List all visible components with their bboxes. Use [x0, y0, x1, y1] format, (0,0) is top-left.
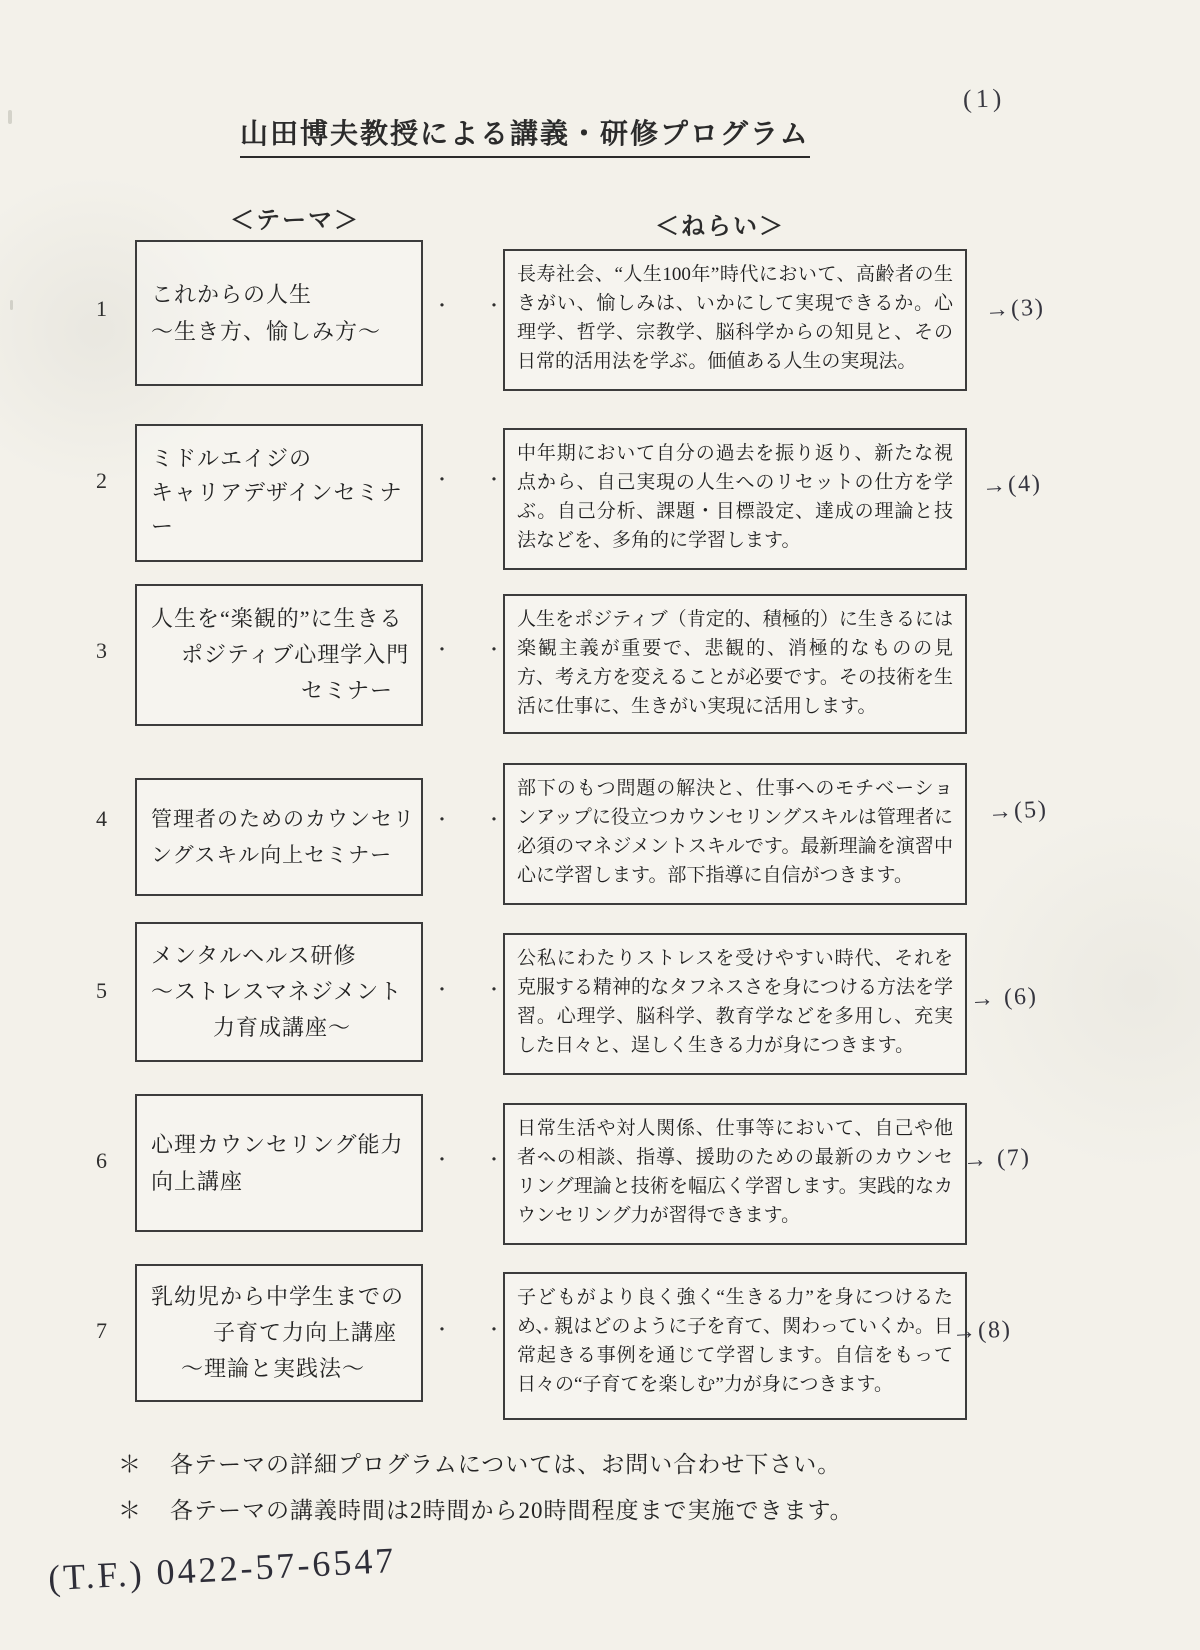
theme-box: これからの人生 ～生き方、愉しみ方～	[135, 240, 423, 386]
aim-box: 中年期において自分の過去を振り返り、新たな視点から、自己実現の人生へのリセットの…	[503, 428, 967, 570]
item-number: 1	[96, 296, 107, 322]
theme-line: ポジティブ心理学入門	[151, 637, 407, 673]
theme-line: 乳幼児から中学生までの	[151, 1279, 407, 1315]
aim-box: 部下のもつ問題の解決と、仕事へのモチベーションアップに役立つカウンセリングスキル…	[503, 763, 967, 905]
item-number: 5	[96, 978, 107, 1004]
footnote: ＊各テーマの講義時間は2時間から20時間程度まで実施できます。	[118, 1492, 854, 1525]
handwritten-annotation: → (6)	[969, 983, 1038, 1014]
handwritten-phone-number: (T.F.) 0422-57-6547	[47, 1539, 397, 1599]
theme-line: メンタルヘルス研修	[151, 938, 407, 974]
theme-line: キャリアデザインセミナ	[151, 476, 407, 510]
handwritten-annotation: → (7)	[962, 1144, 1031, 1175]
page-number: (1)	[962, 83, 1005, 114]
item-number: 2	[96, 468, 107, 494]
column-header-aim: ＜ねらい＞	[655, 206, 785, 241]
theme-line: ミドルエイジの	[151, 442, 407, 476]
theme-line: ングスキル向上セミナー	[151, 837, 407, 873]
footnote-text: 各テーマの詳細プログラムについては、お問い合わせ下さい。	[170, 1452, 841, 1477]
column-header-theme: ＜テーマ＞	[230, 200, 360, 235]
aim-box: 日常生活や対人関係、仕事等において、自己や他者への相談、指導、援助のための最新の…	[503, 1103, 967, 1245]
asterisk-marker: ＊	[118, 1498, 142, 1523]
theme-line: 人生を“楽観的”に生きる	[151, 601, 407, 637]
aim-box: 長寿社会、“人生100年”時代において、高齢者の生きがい、愉しみは、いかにして実…	[503, 249, 967, 391]
footnote: ＊各テーマの詳細プログラムについては、お問い合わせ下さい。	[118, 1446, 841, 1479]
theme-line: セミナー	[151, 673, 407, 709]
handwritten-annotation: →(5)	[987, 796, 1048, 826]
theme-line: 向上講座	[151, 1163, 407, 1200]
scan-artifact	[10, 300, 13, 310]
item-number: 7	[96, 1318, 107, 1344]
theme-box: ミドルエイジの キャリアデザインセミナ ー	[135, 424, 423, 562]
connector-dots: ・ ・ ・	[433, 466, 499, 492]
aim-box: 公私にわたりストレスを受けやすい時代、それを克服する精神的なタフネスさを身につけ…	[503, 933, 967, 1075]
connector-dots: ・ ・ ・	[433, 636, 499, 662]
connector-dots: ・ ・ ・	[433, 1316, 499, 1342]
page-title: 山田博夫教授による講義・研修プログラム	[240, 112, 810, 158]
aim-box: 人生をポジティブ（肯定的、積極的）に生きるには楽観主義が重要で、悲観的、消極的な…	[503, 594, 967, 734]
connector-dots: ・ ・ ・	[433, 292, 499, 318]
theme-box: 管理者のためのカウンセリ ングスキル向上セミナー	[135, 778, 423, 896]
aim-box: 子どもがより良く強く“生きる力”を身につけるため、親はどのように子を育て、関わっ…	[503, 1272, 967, 1420]
handwritten-annotation: →(8)	[951, 1316, 1012, 1346]
theme-box: 乳幼児から中学生までの 子育て力向上講座 ～理論と実践法～	[135, 1264, 423, 1402]
theme-line: ～生き方、愉しみ方～	[151, 313, 407, 350]
theme-line: 管理者のためのカウンセリ	[151, 801, 407, 837]
item-number: 4	[96, 806, 107, 832]
item-number: 6	[96, 1148, 107, 1174]
theme-box: 人生を“楽観的”に生きる ポジティブ心理学入門 セミナー	[135, 584, 423, 726]
item-number: 3	[96, 638, 107, 664]
footnote-text: 各テーマの講義時間は2時間から20時間程度まで実施できます。	[170, 1498, 854, 1523]
connector-dots: ・ ・ ・	[433, 976, 499, 1002]
theme-box: メンタルヘルス研修 ～ストレスマネジメント 力育成講座～	[135, 922, 423, 1062]
connector-dots: ・ ・ ・	[433, 1146, 499, 1172]
theme-line: ～理論と実践法～	[151, 1351, 407, 1387]
scanned-document-page: (1) 山田博夫教授による講義・研修プログラム ＜テーマ＞ ＜ねらい＞ 1 これ…	[0, 0, 1200, 1650]
theme-line: 力育成講座～	[151, 1010, 407, 1046]
connector-dots: ・ ・ ・	[433, 806, 499, 832]
theme-line: ー	[151, 510, 407, 544]
handwritten-annotation: →(3)	[984, 294, 1045, 324]
asterisk-marker: ＊	[118, 1452, 142, 1477]
scan-artifact	[8, 110, 12, 124]
theme-line: 心理カウンセリング能力	[151, 1126, 407, 1163]
theme-line: 子育て力向上講座	[151, 1315, 407, 1351]
theme-line: これからの人生	[151, 276, 407, 313]
theme-line: ～ストレスマネジメント	[151, 974, 407, 1010]
handwritten-annotation: →(4)	[981, 470, 1042, 500]
theme-box: 心理カウンセリング能力 向上講座	[135, 1094, 423, 1232]
